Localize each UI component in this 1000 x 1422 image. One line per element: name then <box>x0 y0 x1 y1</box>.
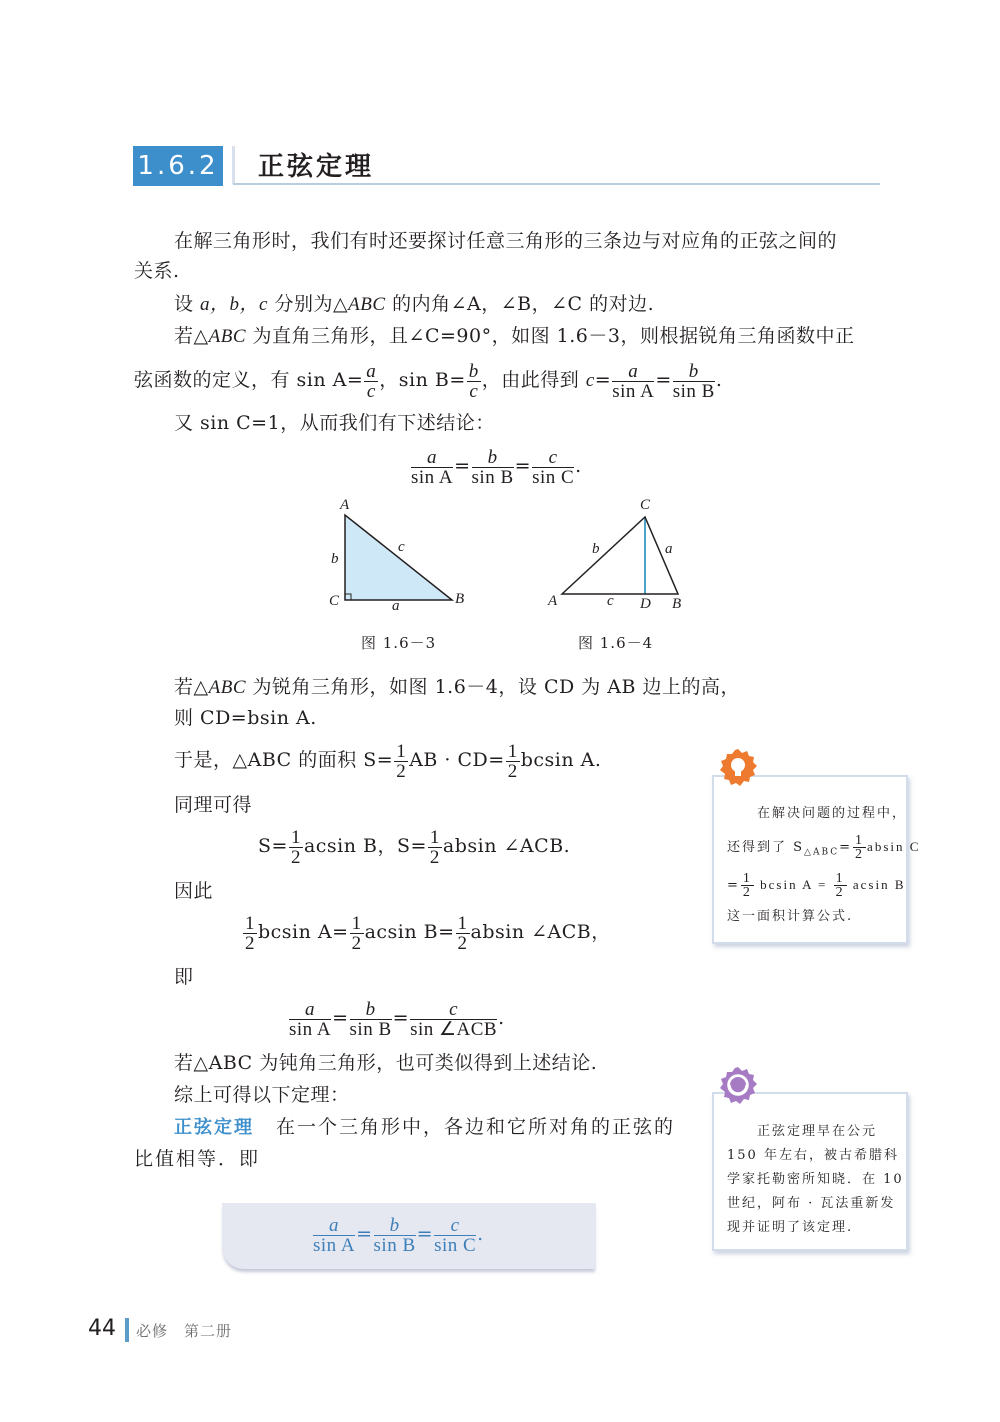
section-number: 1.6.2 <box>133 146 223 186</box>
denominator: 2 <box>506 762 520 781</box>
numerator: 1 <box>853 834 866 848</box>
paragraph-summary: 综上可得以下定理： <box>174 1082 350 1108</box>
equation-area-alt: S=12acsin B，S=12absin ∠ACB. <box>258 824 570 868</box>
fraction-c-over-sinC: csin C <box>434 1216 476 1255</box>
fraction-half: 12 <box>456 914 470 953</box>
denominator: sin C <box>434 1236 476 1255</box>
note1-line3: =12 bcsin A = 12 acsin B <box>727 868 906 903</box>
book-title: 必修 第二册 <box>136 1320 232 1341</box>
numerator: 1 <box>741 872 754 886</box>
equals: = <box>332 1007 348 1029</box>
numerator: a <box>313 1216 355 1236</box>
numerator: c <box>434 1216 476 1236</box>
figure-caption-1: 图 1.6－3 <box>361 632 436 653</box>
text: 若△ <box>174 676 209 698</box>
var-abc-sides: a，b，c <box>200 294 268 315</box>
text: bcsin A= <box>258 921 349 943</box>
denominator: 2 <box>834 886 847 899</box>
denominator: 2 <box>394 762 408 781</box>
equals: = <box>454 455 470 477</box>
fraction-half: 12 <box>741 872 754 899</box>
label-D: D <box>640 596 651 613</box>
fraction-half: 12 <box>834 872 847 899</box>
numerator: a <box>612 362 654 382</box>
denominator: 2 <box>350 934 364 953</box>
fraction-half: 12 <box>853 834 866 861</box>
label-b: b <box>592 541 600 558</box>
equals: = <box>727 878 740 893</box>
fraction-a-over-c: ac <box>364 362 378 401</box>
denominator: c <box>364 382 378 401</box>
note2-line5: 现并证明了该定理. <box>727 1214 853 1241</box>
fraction-half: 12 <box>506 742 520 781</box>
footer-divider <box>125 1318 129 1342</box>
fraction-c-over-sinC: csin C <box>532 448 574 487</box>
figure-right-triangle: A b c C a B <box>320 495 480 620</box>
period: . <box>477 1223 484 1245</box>
text: ，sin B= <box>379 369 466 391</box>
denominator: sin B <box>350 1020 392 1039</box>
equation-sine-ratio: asin A=bsin B=csin C. <box>410 444 582 488</box>
denominator: 2 <box>289 848 303 867</box>
label-c: c <box>398 539 405 556</box>
equals: = <box>393 1007 409 1029</box>
denominator: 2 <box>428 848 442 867</box>
figure-acute-triangle: C b a A c D B <box>540 495 690 620</box>
equals: = <box>595 369 611 391</box>
paragraph-ie: 即 <box>174 964 194 990</box>
text: 若△ <box>174 325 209 347</box>
numerator: 1 <box>428 828 442 848</box>
denominator: sin A <box>411 468 453 487</box>
fraction-half: 12 <box>350 914 364 953</box>
var-c: c <box>586 370 595 391</box>
equals: = <box>356 1223 372 1245</box>
period: . <box>716 369 723 391</box>
paragraph-right-triangle: 若△ABC 为直角三角形，且∠C=90°，如图 1.6－3，则根据锐角三角函数中… <box>174 323 854 350</box>
text: 设 <box>174 293 200 315</box>
text: S= <box>258 835 288 857</box>
period: . <box>498 1007 505 1029</box>
theorem-label: 正弦定理 <box>174 1117 254 1138</box>
numerator: a <box>411 448 453 468</box>
denominator: sin B <box>673 382 715 401</box>
text: bcsin A = <box>755 877 833 892</box>
fraction-half: 12 <box>243 914 257 953</box>
text: absin C <box>867 839 920 854</box>
text: 于是，△ABC 的面积 S= <box>174 749 393 771</box>
denominator: 2 <box>853 848 866 861</box>
denominator: sin B <box>472 468 514 487</box>
text: AB · CD= <box>409 749 505 771</box>
theorem-statement: 正弦定理 在一个三角形中，各边和它所对角的正弦的 <box>174 1114 675 1141</box>
text: acsin B <box>848 877 906 892</box>
text: 弦函数的定义，有 sin A= <box>134 369 363 391</box>
numerator: b <box>467 362 481 382</box>
equals: = <box>515 455 531 477</box>
var-triangle: ABC <box>209 677 246 698</box>
label-C: C <box>640 497 650 514</box>
fraction-c-over-sinACB: csin ∠ACB <box>410 1000 497 1039</box>
fraction-a-over-sinA: asin A <box>411 448 453 487</box>
equals: = <box>417 1223 433 1245</box>
paragraph-altitude: 则 CD=bsin A. <box>174 705 317 731</box>
paragraph-sine-definition: 弦函数的定义，有 sin A=ac，sin B=bc，由此得到 c=asin A… <box>134 358 722 403</box>
label-A: A <box>340 497 349 514</box>
text: bcsin A. <box>521 749 602 771</box>
numerator: 1 <box>394 742 408 762</box>
note1-line1: 在解决问题的过程中， <box>757 800 907 827</box>
text: absin ∠ACB. <box>443 835 570 857</box>
denominator: sin A <box>612 382 654 401</box>
numerator: c <box>532 448 574 468</box>
equation-area-equal: 12bcsin A=12acsin B=12absin ∠ACB， <box>242 910 611 954</box>
fraction-b-over-sinB: bsin B <box>673 362 715 401</box>
numerator: a <box>289 1000 331 1020</box>
paragraph-sinC: 又 sin C=1，从而我们有下述结论： <box>174 410 495 436</box>
denominator: 2 <box>456 934 470 953</box>
fraction-b-over-c: bc <box>467 362 481 401</box>
paragraph-define-sides: 设 a，b，c 分别为△ABC 的内角∠A，∠B，∠C 的对边. <box>174 291 654 318</box>
lightbulb-icon <box>718 748 758 788</box>
section-divider <box>232 146 235 184</box>
numerator: 1 <box>506 742 520 762</box>
denominator: sin B <box>374 1236 416 1255</box>
fraction-b-over-sinB: bsin B <box>472 448 514 487</box>
denominator: sin A <box>313 1236 355 1255</box>
label-C: C <box>329 593 339 610</box>
theorem-formula: asin A=bsin B=csin C. <box>312 1212 484 1256</box>
note2-line2: 150 年左右，被古希腊科 <box>727 1142 899 1169</box>
note1-line4: 这一面积计算公式. <box>727 903 853 930</box>
numerator: 1 <box>289 828 303 848</box>
numerator: a <box>364 362 378 382</box>
fraction-a-over-sinA: asin A <box>289 1000 331 1039</box>
section-title: 正弦定理 <box>258 149 374 185</box>
fraction-a-over-sinA: asin A <box>612 362 654 401</box>
denominator: sin ∠ACB <box>410 1020 497 1039</box>
numerator: b <box>673 362 715 382</box>
denominator: 2 <box>243 934 257 953</box>
paragraph-intro-cont: 关系. <box>134 258 180 284</box>
label-b: b <box>331 551 339 568</box>
numerator: b <box>350 1000 392 1020</box>
numerator: 1 <box>456 914 470 934</box>
paragraph-intro: 在解三角形时，我们有时还要探讨任意三角形的三条边与对应角的正弦之间的 <box>174 228 837 254</box>
paragraph-acute-triangle: 若△ABC 为锐角三角形，如图 1.6－4，设 CD 为 AB 边上的高， <box>174 674 740 701</box>
denominator: 2 <box>741 886 754 899</box>
equals: = <box>655 369 671 391</box>
note1-line2: 还得到了 S△ABC=12absin C <box>727 830 920 870</box>
text: 分别为△ <box>268 293 348 315</box>
numerator: 1 <box>834 872 847 886</box>
text: 为锐角三角形，如图 1.6－4，设 CD 为 AB 边上的高， <box>246 676 740 698</box>
text: ，由此得到 <box>482 369 586 391</box>
label-a: a <box>392 598 400 615</box>
page-number: 44 <box>88 1316 116 1341</box>
equation-sine-ratio-acb: asin A=bsin B=csin ∠ACB. <box>288 996 505 1040</box>
denominator: c <box>467 382 481 401</box>
numerator: 1 <box>243 914 257 934</box>
note2-line4: 世纪，阿布 · 瓦法重新发 <box>727 1190 895 1217</box>
period: . <box>575 455 582 477</box>
label-a: a <box>665 541 673 558</box>
var-triangle: ABC <box>209 326 246 347</box>
paragraph-similarly: 同理可得 <box>174 792 252 818</box>
numerator: b <box>374 1216 416 1236</box>
text: acsin B，S= <box>304 835 427 857</box>
paragraph-therefore: 因此 <box>174 878 213 904</box>
text: acsin B= <box>365 921 455 943</box>
note2-line1: 正弦定理早在公元 <box>757 1118 877 1145</box>
cycle-icon <box>718 1066 758 1106</box>
paragraph-obtuse: 若△ABC 为钝角三角形，也可类似得到上述结论. <box>174 1050 597 1076</box>
label-B: B <box>672 596 681 613</box>
numerator: 1 <box>350 914 364 934</box>
denominator: sin A <box>289 1020 331 1039</box>
theorem-text: 在一个三角形中，各边和它所对角的正弦的 <box>276 1116 675 1138</box>
figure-caption-2: 图 1.6－4 <box>578 632 653 653</box>
theorem-text-cont: 比值相等．即 <box>134 1146 260 1172</box>
denominator: sin C <box>532 468 574 487</box>
fraction-a-over-sinA: asin A <box>313 1216 355 1255</box>
text: 的内角∠A，∠B，∠C 的对边. <box>386 293 655 315</box>
numerator: c <box>410 1000 497 1020</box>
fraction-half: 12 <box>289 828 303 867</box>
subscript: △ABC <box>804 848 839 858</box>
var-triangle: ABC <box>348 294 385 315</box>
label-B: B <box>455 591 464 608</box>
fraction-half: 12 <box>428 828 442 867</box>
text: 还得到了 S <box>727 840 804 855</box>
numerator: b <box>472 448 514 468</box>
label-A: A <box>548 593 557 610</box>
fraction-half: 12 <box>394 742 408 781</box>
label-c: c <box>607 593 614 610</box>
fraction-b-over-sinB: bsin B <box>374 1216 416 1255</box>
paragraph-area: 于是，△ABC 的面积 S=12AB · CD=12bcsin A. <box>174 738 601 782</box>
text: absin ∠ACB， <box>471 921 611 943</box>
cycle-icon-svg <box>718 1066 758 1106</box>
note2-line3: 学家托勒密所知晓．在 10 <box>727 1166 904 1193</box>
text: 为直角三角形，且∠C=90°，如图 1.6－3，则根据锐角三角函数中正 <box>246 325 854 347</box>
lightbulb-icon-svg <box>718 748 758 788</box>
fraction-b-over-sinB: bsin B <box>350 1000 392 1039</box>
equals: = <box>839 840 852 855</box>
